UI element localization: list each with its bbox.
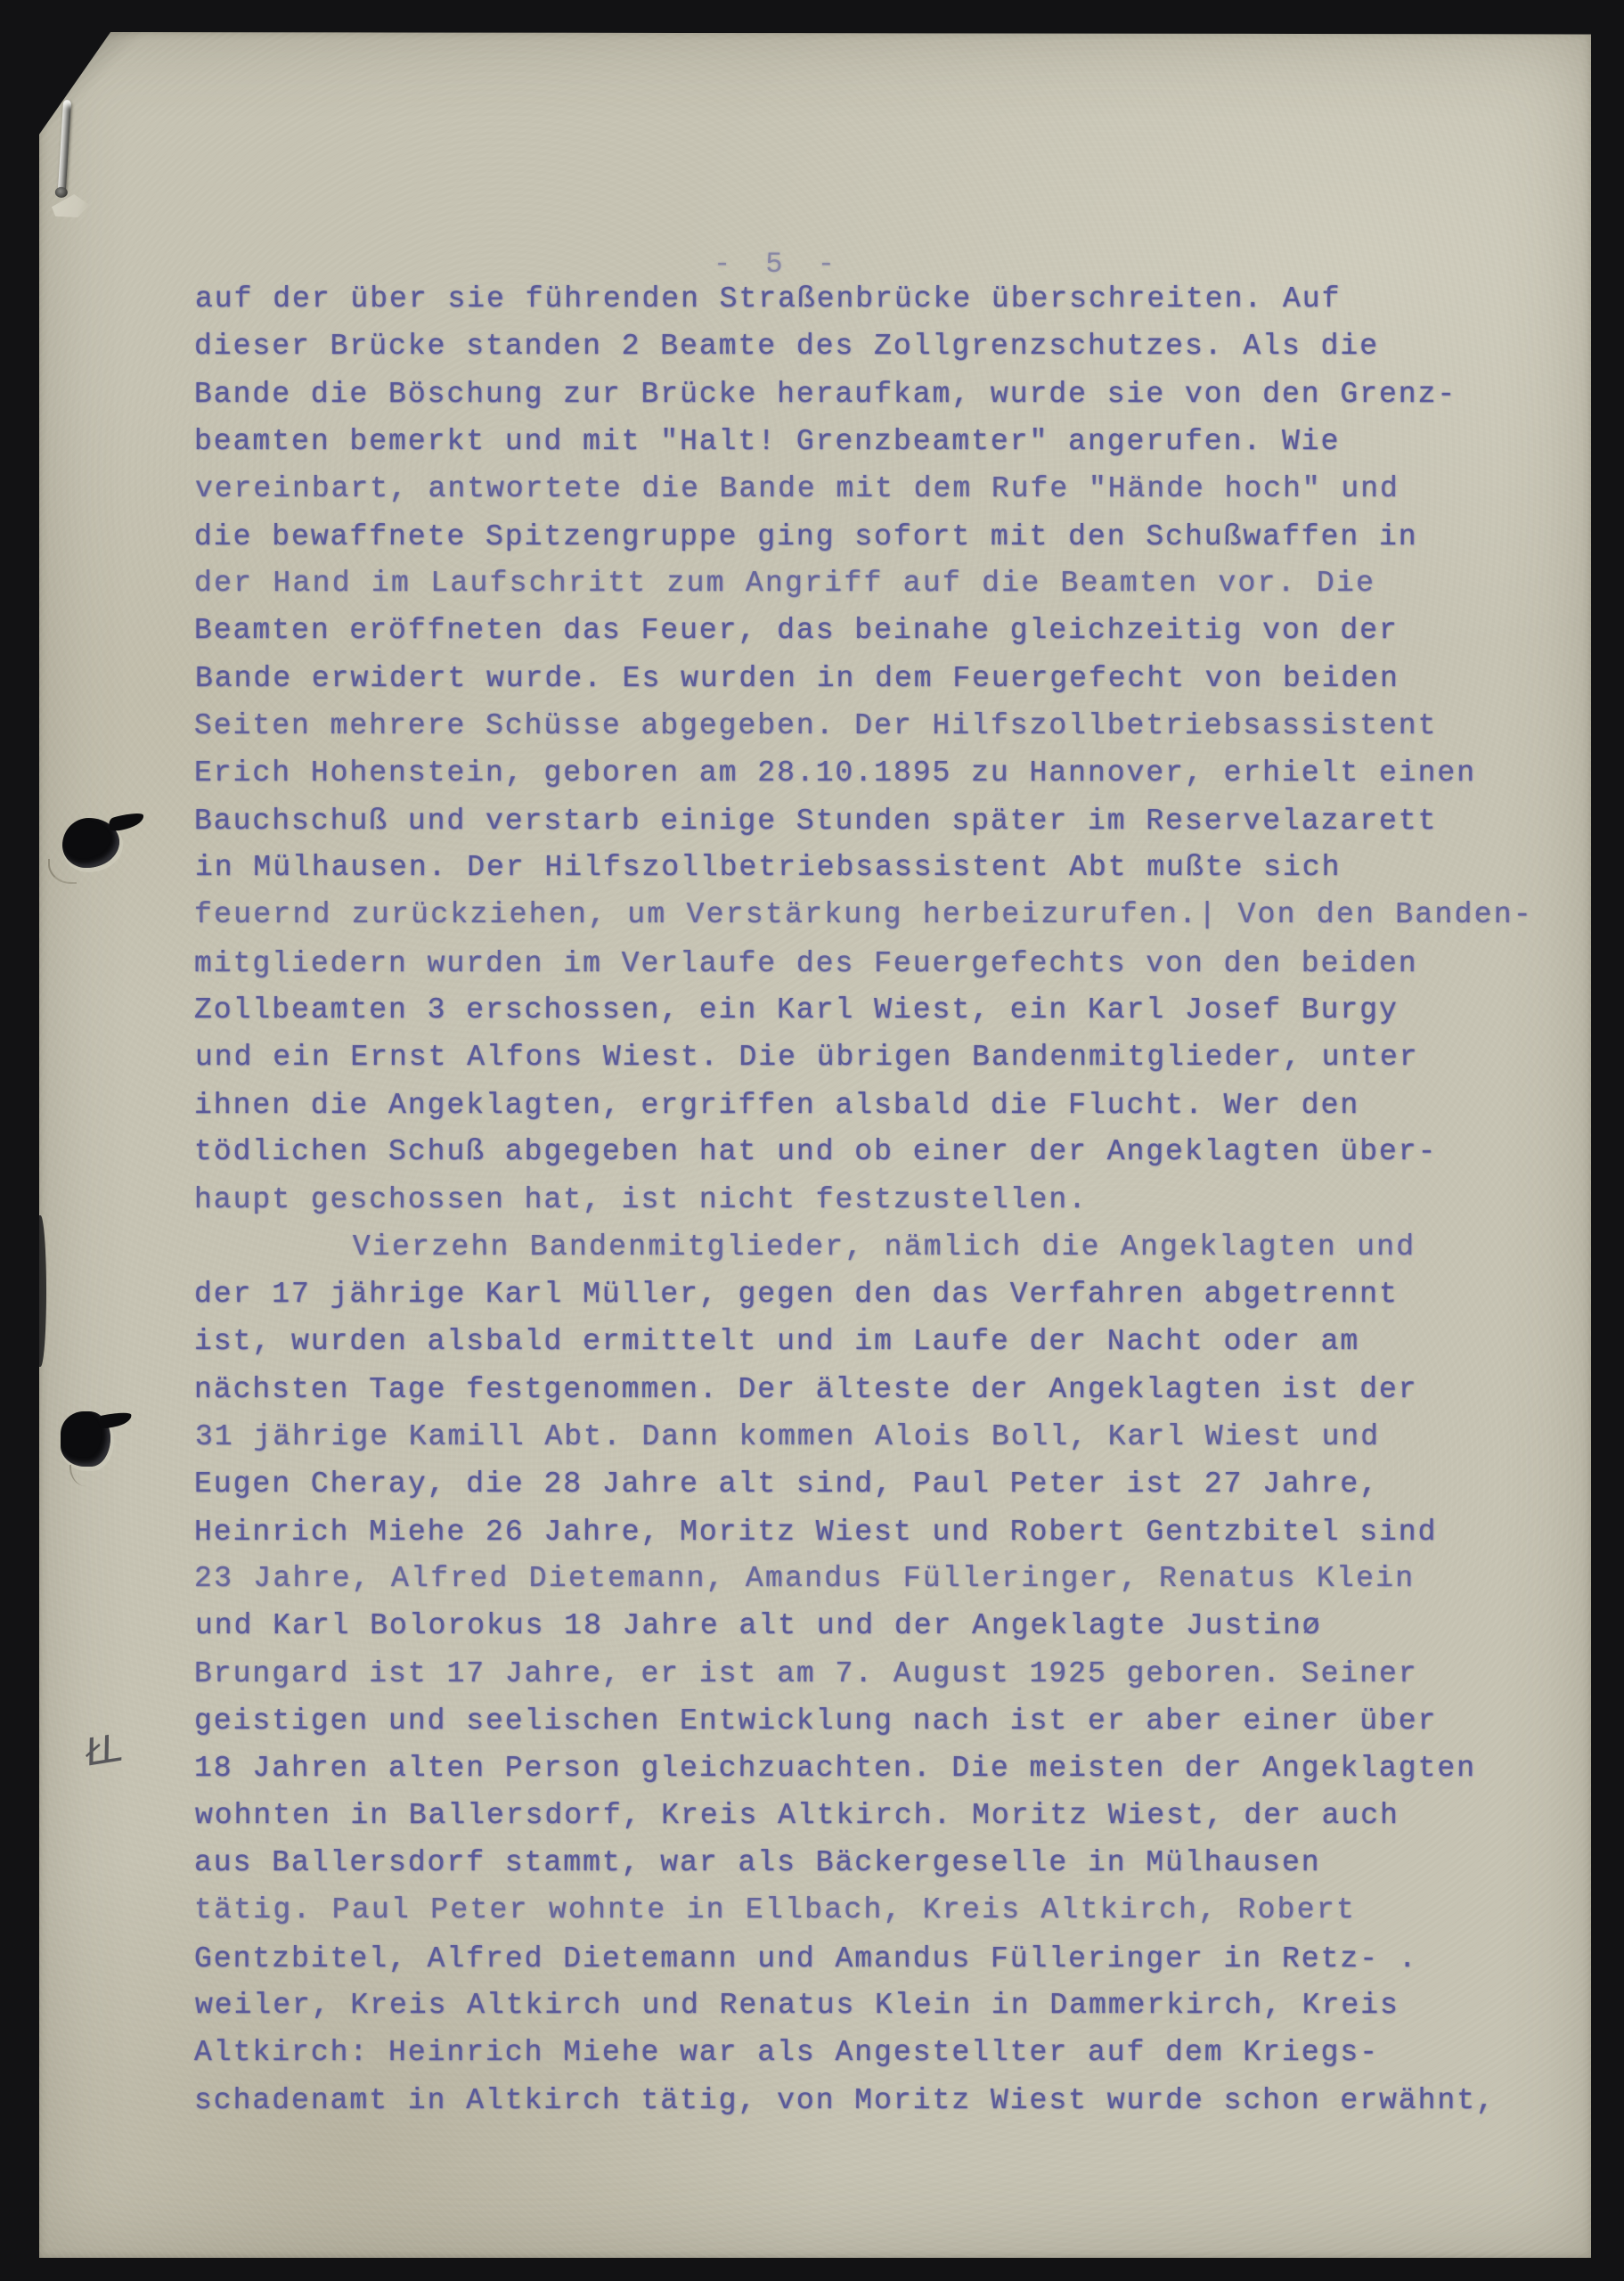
text-line: Heinrich Miehe 26 Jahre, Moritz Wiest un… <box>194 1516 1530 1563</box>
text-line: die bewaffnete Spitzengruppe ging sofort… <box>194 520 1530 568</box>
text-line: 23 Jahre, Alfred Dietemann, Amandus Füll… <box>194 1562 1530 1609</box>
text-line: vereinbart, antwortete die Bande mit dem… <box>195 472 1531 519</box>
text-line: 18 Jahren alten Person gleichzuachten. D… <box>194 1752 1530 1799</box>
text-line: und ein Ernst Alfons Wiest. Die übrigen … <box>195 1041 1531 1088</box>
pencil-margin-mark: ŁL <box>86 1729 117 1772</box>
text-line: in Mülhausen. Der Hilfszollbetriebsassis… <box>195 851 1531 898</box>
text-line: Bande die Böschung zur Brücke heraufkam,… <box>194 378 1530 425</box>
text-line: ihnen die Angeklagten, ergriffen alsbald… <box>194 1089 1530 1136</box>
text-line: Gentzbitel, Alfred Dietemann und Amandus… <box>194 1942 1530 1989</box>
text-line: mitgliedern wurden im Verlaufe des Feuer… <box>194 946 1530 993</box>
paper-tear <box>52 194 89 217</box>
text-line: Zollbeamten 3 erschossen, ein Karl Wiest… <box>194 993 1530 1041</box>
page-number: - 5 - <box>663 248 894 281</box>
text-line: Brungard ist 17 Jahre, er ist am 7. Augu… <box>194 1657 1530 1705</box>
text-line: aus Ballersdorf stammt, war als Bäckerge… <box>194 1846 1530 1893</box>
document-page: ŁL - 5 - auf der über sie führenden Stra… <box>39 32 1591 2258</box>
punch-hole-top-icon <box>62 818 119 868</box>
text-line: Bauchschuß und verstarb einige Stunden s… <box>194 805 1530 852</box>
text-line: tätig. Paul Peter wohnte in Ellbach, Kre… <box>194 1893 1530 1941</box>
text-line: nächsten Tage festgenommen. Der älteste … <box>194 1373 1530 1420</box>
text-line: haupt geschossen hat, ist nicht festzust… <box>194 1183 1530 1230</box>
text-line: und Karl Bolorokus 18 Jahre alt und der … <box>195 1609 1531 1656</box>
metal-pin-icon <box>58 100 71 192</box>
text-line: tödlichen Schuß abgegeben hat und ob ein… <box>194 1135 1530 1182</box>
text-line: Vierzehn Bandenmitglieder, nämlich die A… <box>195 1230 1531 1278</box>
text-line: dieser Brücke standen 2 Beamte des Zollg… <box>194 330 1530 377</box>
text-line: beamten bemerkt und mit "Halt! Grenzbeam… <box>194 425 1530 472</box>
text-line: Erich Hohenstein, geboren am 28.10.1895 … <box>194 756 1530 804</box>
typewritten-text: auf der über sie führenden Straßenbrücke… <box>194 282 1530 2130</box>
text-line: wohnten in Ballersdorf, Kreis Altkirch. … <box>195 1799 1531 1846</box>
text-line: schadenamt in Altkirch tätig, von Moritz… <box>194 2084 1530 2131</box>
text-line: geistigen und seelischen Entwicklung nac… <box>194 1705 1530 1752</box>
text-line: Bande erwidert wurde. Es wurden in dem F… <box>195 662 1531 709</box>
text-line: weiler, Kreis Altkirch und Renatus Klein… <box>195 1989 1531 2036</box>
text-line: der 17 jährige Karl Müller, gegen den da… <box>194 1278 1530 1325</box>
scanned-document-photo: { "document": { "page_number": "- 5 -", … <box>0 0 1624 2281</box>
paper-edge-nick <box>37 1215 46 1367</box>
text-line: feuernd zurückziehen, um Verstärkung her… <box>194 898 1530 945</box>
text-line: ist, wurden alsbald ermittelt und im Lau… <box>194 1325 1530 1372</box>
text-line: auf der über sie führenden Straßenbrücke… <box>195 282 1531 330</box>
torn-corner <box>34 27 167 160</box>
text-line: Eugen Cheray, die 28 Jahre alt sind, Pau… <box>194 1468 1530 1515</box>
punch-hole-bottom-icon <box>61 1411 110 1467</box>
text-line: Altkirch: Heinrich Miehe war als Angeste… <box>194 2036 1530 2083</box>
text-line: Beamten eröffneten das Feuer, das beinah… <box>194 614 1530 661</box>
text-line: der Hand im Laufschritt zum Angriff auf … <box>194 567 1530 614</box>
text-line: Seiten mehrere Schüsse abgegeben. Der Hi… <box>194 709 1530 756</box>
text-line: 31 jährige Kamill Abt. Dann kommen Alois… <box>195 1420 1531 1468</box>
